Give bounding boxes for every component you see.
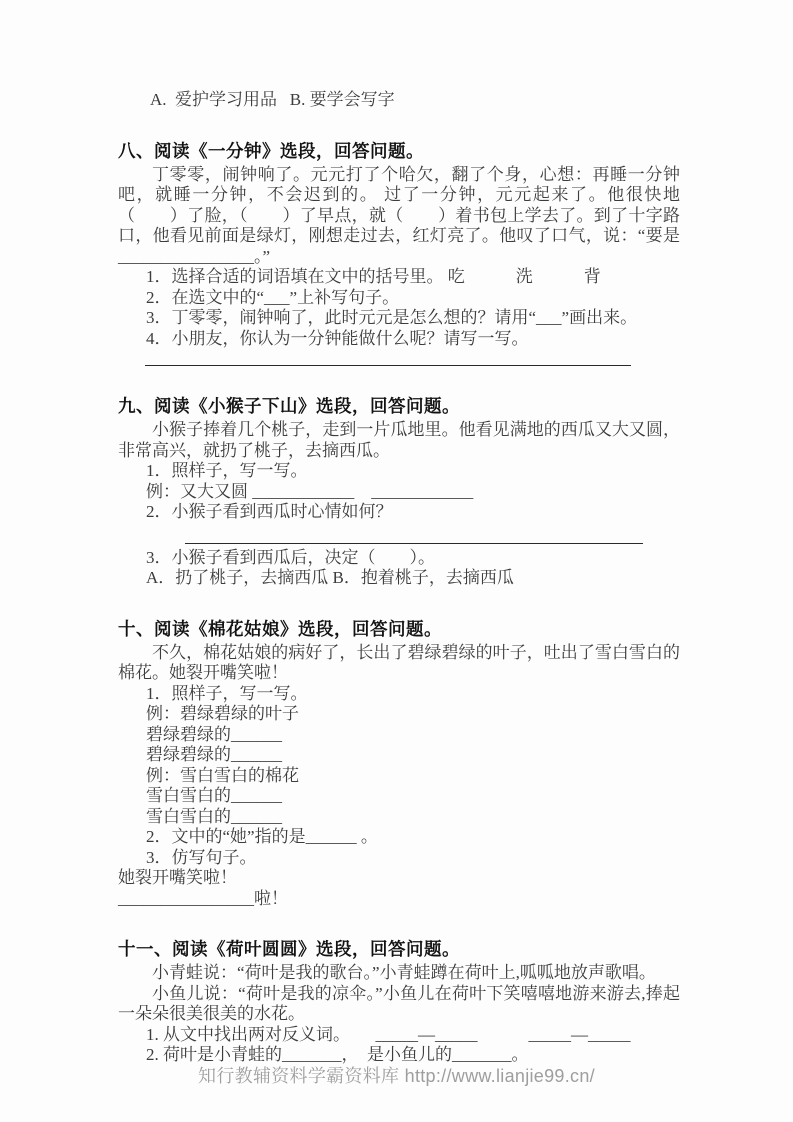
section-8: 八、阅读《一分钟》选段，回答问题。 丁零零，闹钟响了。元元打了个哈欠，翻了个身，… [118, 139, 680, 367]
section-9-question-3-options: A．扔了桃子，去摘西瓜 B．抱着桃子，去摘西瓜 [118, 568, 680, 589]
section-10-blank-white-2: 雪白雪白的______ [118, 807, 680, 828]
section-9-example-blanks: 例：又大又圆 ____________ ____________ [118, 482, 680, 503]
section-10-example-white: 例：雪白雪白的棉花 [118, 766, 680, 787]
worksheet-content: A. 爱护学习用品 B. 要学会写字 八、阅读《一分钟》选段，回答问题。 丁零零… [118, 90, 680, 1066]
section-10-blank-white-1: 雪白雪白的______ [118, 786, 680, 807]
section-9-question-3: 3．小猴子看到西瓜后，决定（ ）。 [118, 548, 680, 569]
section-11-title: 十一、阅读《荷叶圆圆》选段，回答问题。 [118, 937, 680, 961]
section-9-question-1: 1．照样子，写一写。 [118, 461, 680, 482]
section-10-example-green: 例：碧绿碧绿的叶子 [118, 704, 680, 725]
section-11-passage-fish: 小鱼儿说：“荷叶是我的凉伞。”小鱼儿在荷叶下笑嘻嘻地游来游去,捧起一朵朵很美很美… [118, 984, 680, 1025]
section-10-passage: 不久，棉花姑娘的病好了，长出了碧绿碧绿的叶子，吐出了雪白雪白的棉花。她裂开嘴笑啦… [118, 643, 680, 684]
section-8-title: 八、阅读《一分钟》选段，回答问题。 [118, 139, 680, 163]
section-10-blank-green-1: 碧绿碧绿的______ [118, 725, 680, 746]
section-11: 十一、阅读《荷叶圆圆》选段，回答问题。 小青蛙说：“荷叶是我的歌台。”小青蛙蹲在… [118, 937, 680, 1066]
section-10-title: 十、阅读《棉花姑娘》选段，回答问题。 [118, 617, 680, 641]
answer-line [145, 365, 631, 366]
section-8-question-2: 2．在选文中的“___”上补写句子。 [118, 288, 680, 309]
section-8-question-3: 3．丁零零，闹钟响了，此时元元是怎么想的？请用“___”画出来。 [118, 308, 680, 329]
section-9: 九、阅读《小猴子下山》选段，回答问题。 小猴子捧着几个桃子，走到一片瓜地里。他看… [118, 394, 680, 589]
section-9-question-2: 2．小猴子看到西瓜时心情如何？ [118, 502, 680, 523]
section-8-passage: 丁零零，闹钟响了。元元打了个哈欠，翻了个身，心想：再睡一分钟吧，就睡一分钟，不会… [118, 165, 680, 268]
section-10-question-2: 2．文中的“她”指的是______ 。 [118, 827, 680, 848]
section-11-passage-frog: 小青蛙说：“荷叶是我的歌台。”小青蛙蹲在荷叶上,呱呱地放声歌唱。 [118, 963, 680, 984]
footer-watermark: 知行教辅资料学霸资料库 http://www.lianjie99.cn/ [0, 1062, 793, 1088]
section-10-model-sentence: 她裂开嘴笑啦！ [118, 868, 680, 889]
section-10-question-3: 3．仿写句子。 [118, 848, 680, 869]
section-10-question-1: 1．照样子，写一写。 [118, 684, 680, 705]
section-10: 十、阅读《棉花姑娘》选段，回答问题。 不久，棉花姑娘的病好了，长出了碧绿碧绿的叶… [118, 617, 680, 910]
previous-question-options: A. 爱护学习用品 B. 要学会写字 [118, 90, 680, 111]
section-9-passage: 小猴子捧着几个桃子，走到一片瓜地里。他看见满地的西瓜又大又圆，非常高兴，就扔了桃… [118, 420, 680, 461]
section-8-question-1: 1．选择合适的词语填在文中的括号里。 吃 洗 背 [118, 267, 680, 288]
section-10-blank-green-2: 碧绿碧绿的______ [118, 745, 680, 766]
section-10-imitation-blank: ________________啦！ [118, 889, 680, 910]
section-8-question-4: 4．小朋友，你认为一分钟能做什么呢？请写一写。 [118, 329, 680, 350]
answer-line [185, 543, 643, 544]
section-9-title: 九、阅读《小猴子下山》选段，回答问题。 [118, 394, 680, 418]
worksheet-page: A. 爱护学习用品 B. 要学会写字 八、阅读《一分钟》选段，回答问题。 丁零零… [0, 0, 793, 1122]
section-11-question-1: 1. 从文中找出两对反义词。 _____—_____ _____—_____ [118, 1025, 680, 1046]
